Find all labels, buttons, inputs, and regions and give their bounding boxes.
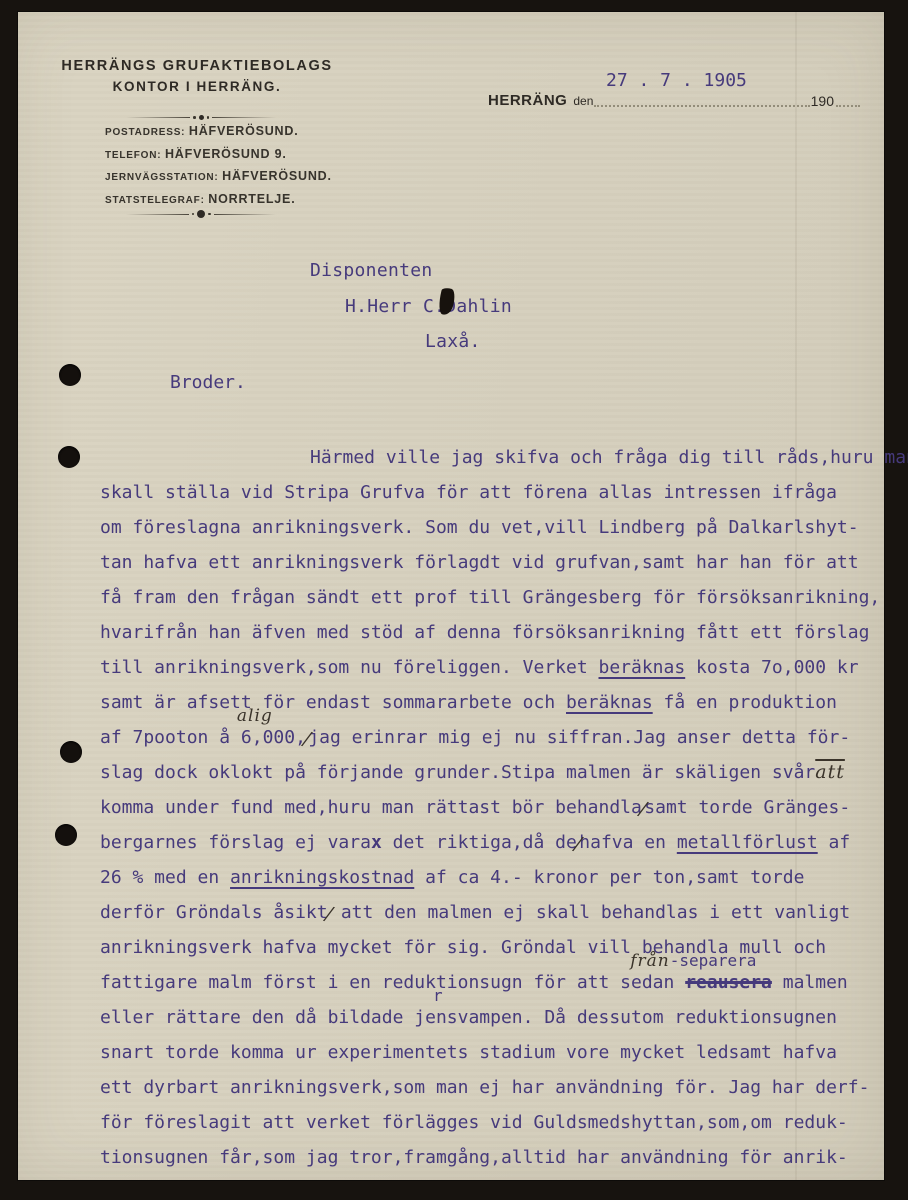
punch-hole-icon (60, 741, 82, 763)
letter-line: få fram den frågan sändt ett prof till G… (100, 580, 884, 615)
letter-line: hvarifrån han äfven med stöd af denna fö… (100, 615, 884, 650)
typed-text: af 7pooton å (100, 727, 241, 748)
letter-line: derför Gröndals åsikt/ att den malmen ej… (100, 895, 884, 930)
typed-text: komma under fund med,huru man rättast bö… (100, 797, 642, 818)
contact-label: TELEFON: (105, 150, 165, 161)
typed-text: bergarnes förslag ej vara (100, 832, 371, 853)
typed-text: för föreslagit att verket förlägges vid … (100, 1112, 848, 1133)
contact-label: JERNVÄGSSTATION: (105, 172, 222, 183)
handwritten-insertion: från (630, 953, 670, 969)
typed-text: till anrikningsverk,som nu föreliggen. V… (100, 657, 599, 678)
typed-text: 26 % med en (100, 867, 230, 888)
overstruck-character: x (371, 832, 382, 853)
company-name: HERRÄNGS GRUFAKTIEBOLAGS (18, 58, 376, 74)
salutation: Broder. (170, 372, 246, 393)
typed-text: snart torde komma ur experimentets stadi… (100, 1042, 837, 1063)
punch-hole-icon (59, 364, 81, 386)
letter-line: slag dock oklokt på förjande grunder.Sti… (100, 755, 884, 790)
divider-ornament-icon (126, 210, 276, 218)
typed-insertion: r (433, 988, 443, 1004)
letter-line: tan hafva ett anrikningsverk förlagdt vi… (100, 545, 884, 580)
above-line-insertion: från-separera (630, 953, 756, 969)
contact-value: HÄFVERÖSUND. (222, 169, 332, 183)
letter-line: ett dyrbart anrikningsverk,som man ej ha… (100, 1070, 884, 1105)
underlined-typed-text: metallförlust (677, 832, 818, 853)
letterhead-contact-row: TELEFON: HÄFVERÖSUND 9. (105, 145, 332, 168)
letter-line: skall ställa vid Stripa Grufva för att f… (100, 475, 884, 510)
letter-line: Härmed ville jag skifva och fråga dig ti… (100, 440, 884, 475)
dateline-dotted-rule (594, 103, 809, 107)
letter-body: Härmed ville jag skifva och fråga dig ti… (100, 440, 884, 1175)
letter-line: snart torde komma ur experimentets stadi… (100, 1035, 884, 1070)
handwriting: att (815, 761, 845, 783)
underlined-typed-text: beräknas (599, 657, 686, 678)
letter-line: om föreslagna anrikningsverk. Som du vet… (100, 510, 884, 545)
underlined-typed-text: beräknas (566, 692, 653, 713)
letter-line: tionsugnen får,som jag tror,framgång,all… (100, 1140, 884, 1175)
typed-text: kosta 7o,000 kr (685, 657, 858, 678)
typed-text: få en produktion (653, 692, 837, 713)
typed-text: tan hafva ett anrikningsverk förlagdt vi… (100, 552, 859, 573)
recipient-place: Laxå. (425, 331, 481, 352)
letter-line: 26 % med en anrikningskostnad af ca 4.- … (100, 860, 884, 895)
typed-text: få fram den frågan sändt ett prof till G… (100, 587, 880, 608)
typed-text: Härmed ville jag skifva och fråga dig ti… (310, 447, 908, 468)
typed-text: tionsugnen får,som jag tror,framgång,all… (100, 1147, 848, 1168)
contact-label: STATSTELEGRAF: (105, 195, 208, 206)
letterhead-contact-row: JERNVÄGSSTATION: HÄFVERÖSUND. (105, 167, 332, 190)
dateline-dotted-rule (836, 103, 860, 107)
letter-line: eller rättare den då bildade jernsvampen… (100, 1000, 884, 1035)
typed-text: 6,000, (241, 727, 306, 748)
typed-text: nsvampen. Då dessutom reduktionsugnen (436, 1007, 837, 1028)
typed-text: det riktiga,då de (382, 832, 577, 853)
typed-text: fattigare malm först i en reduktionsugn … (100, 972, 685, 993)
typed-text: slag dock oklokt på förjande grunder.Sti… (100, 762, 815, 783)
dateline-year-prefix: 190 (811, 93, 834, 109)
letterhead: HERRÄNGS GRUFAKTIEBOLAGS KONTOR I HERRÄN… (18, 58, 376, 94)
typed-text: af ca 4.- kronor per ton,samt torde (414, 867, 804, 888)
letter-line: bergarnes förslag ej varax det riktiga,d… (100, 825, 884, 860)
typed-text: om föreslagna anrikningsverk. Som du vet… (100, 517, 859, 538)
contact-value: NORRTELJE. (208, 192, 295, 206)
typed-text: hafva en (579, 832, 677, 853)
letter-line: samt är afsett för endast sommararbete o… (100, 685, 884, 720)
letterhead-contact-row: STATSTELEGRAF: NORRTELJE. (105, 190, 332, 213)
typed-text: malmen (772, 972, 848, 993)
typed-text: derför Gröndals åsikt (100, 902, 328, 923)
underlined-typed-text: anrikningskostnad (230, 867, 414, 888)
letterhead-contact-block: POSTADRESS: HÄFVERÖSUND.TELEFON: HÄFVERÖ… (105, 122, 332, 212)
typed-text: samt torde Gränges- (644, 797, 850, 818)
dateline-den-label: den (573, 94, 593, 109)
typed-text: af (818, 832, 851, 853)
typed-text: skall ställa vid Stripa Grufva för att f… (100, 482, 837, 503)
company-office: KONTOR I HERRÄNG. (18, 79, 376, 94)
letter-line: för föreslagit att verket förlägges vid … (100, 1105, 884, 1140)
contact-value: HÄFVERÖSUND. (189, 124, 299, 138)
typed-text: samt är afsett för endast sommararbete o… (100, 692, 566, 713)
punch-hole-icon (58, 446, 80, 468)
typed-text: hvarifrån han äfven med stöd af denna fö… (100, 622, 869, 643)
recipient-name: H.Herr C.Dahlin (345, 296, 512, 317)
contact-label: POSTADRESS: (105, 127, 189, 138)
dateline: HERRÄNG den 190 27 . 7 . 1905 (488, 92, 860, 109)
scan-background: HERRÄNGS GRUFAKTIEBOLAGS KONTOR I HERRÄN… (0, 0, 908, 1200)
typed-text: ett dyrbart anrikningsverk,som man ej ha… (100, 1077, 869, 1098)
letter-line: fattigare malm först i en reduktionsugn … (100, 965, 884, 1000)
typed-text: att den malmen ej skall behandlas i ett … (330, 902, 850, 923)
above-line-insertion: r (433, 988, 443, 1004)
typed-text: jag erinrar mig ej nu siffran.Jag anser … (308, 727, 850, 748)
letter-line: till anrikningsverk,som nu föreliggen. V… (100, 650, 884, 685)
struck-typed-text: reausera (685, 972, 772, 993)
handwritten-insertion: alig (237, 708, 273, 724)
typed-date: 27 . 7 . 1905 (606, 70, 747, 91)
punch-hole-icon (55, 824, 77, 846)
letter-line: komma under fund med,huru man rättast bö… (100, 790, 884, 825)
letter-page: HERRÄNGS GRUFAKTIEBOLAGS KONTOR I HERRÄN… (18, 12, 884, 1180)
dateline-place: HERRÄNG (488, 92, 567, 109)
letter-line: af 7pooton å alig6,000,/jag erinrar mig … (100, 720, 884, 755)
typed-text: eller rättare den då bildade je (100, 1007, 436, 1028)
typed-insertion: -separera (670, 953, 757, 969)
recipient-title: Disponenten (310, 260, 433, 281)
letterhead-contact-row: POSTADRESS: HÄFVERÖSUND. (105, 122, 332, 145)
above-line-insertion: alig (237, 708, 273, 724)
contact-value: HÄFVERÖSUND 9. (165, 147, 287, 161)
letter-line: anrikningsverk hafva mycket för sig. Grö… (100, 930, 884, 965)
divider-ornament-icon (126, 115, 276, 120)
